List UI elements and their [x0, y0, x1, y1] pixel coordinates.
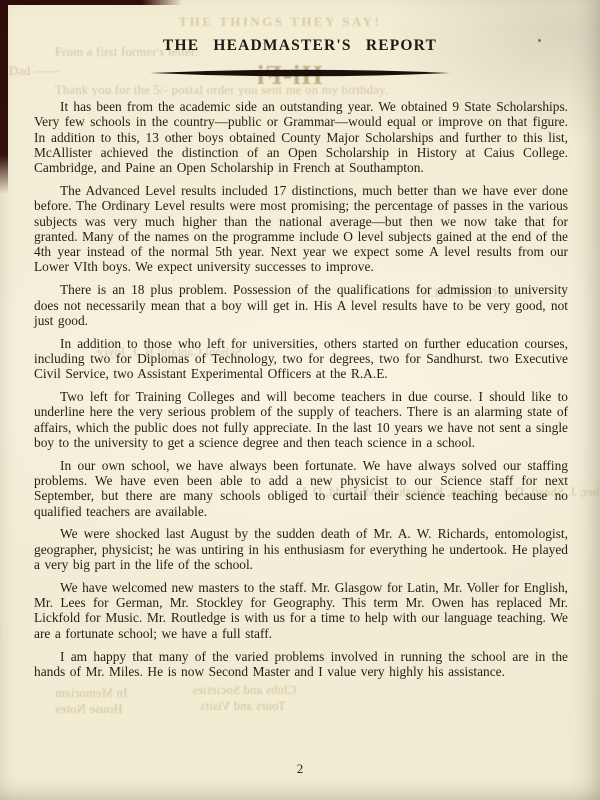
report-paragraph: There is an 18 plus problem. Possession …: [34, 282, 568, 328]
report-paragraph: The Advanced Level results included 17 d…: [34, 183, 568, 275]
report-paragraph: Two left for Training Colleges and will …: [34, 389, 568, 450]
report-paragraph: We were shocked last August by the sudde…: [34, 526, 568, 572]
scanned-magazine-page: THE THINGS THEY SAY! From a first former…: [0, 0, 600, 800]
report-paragraph: It has been from the academic side an ou…: [34, 99, 568, 175]
scan-border-top: [0, 0, 182, 5]
page-number: 2: [0, 761, 600, 777]
page-title: THE HEADMASTER'S REPORT: [0, 37, 600, 55]
report-body: It has been from the academic side an ou…: [34, 99, 568, 687]
tapered-divider-rule: [150, 68, 450, 78]
report-paragraph: We have welcomed new masters to the staf…: [34, 580, 568, 641]
bleedthrough-dad: Dad ——: [9, 64, 60, 79]
report-paragraph: I am happy that many of the varied probl…: [34, 649, 568, 680]
report-paragraph: In addition to those who left for univer…: [34, 336, 568, 382]
bleedthrough-heading: THE THINGS THEY SAY!: [0, 14, 560, 30]
bleedthrough-toc-tours: Tours and Visits: [200, 699, 286, 714]
bleedthrough-toc-house-notes: House Notes: [55, 702, 123, 717]
bleedthrough-toc-memoriam: In Memoriam: [55, 686, 127, 701]
report-paragraph: In our own school, we have always been f…: [34, 458, 568, 519]
